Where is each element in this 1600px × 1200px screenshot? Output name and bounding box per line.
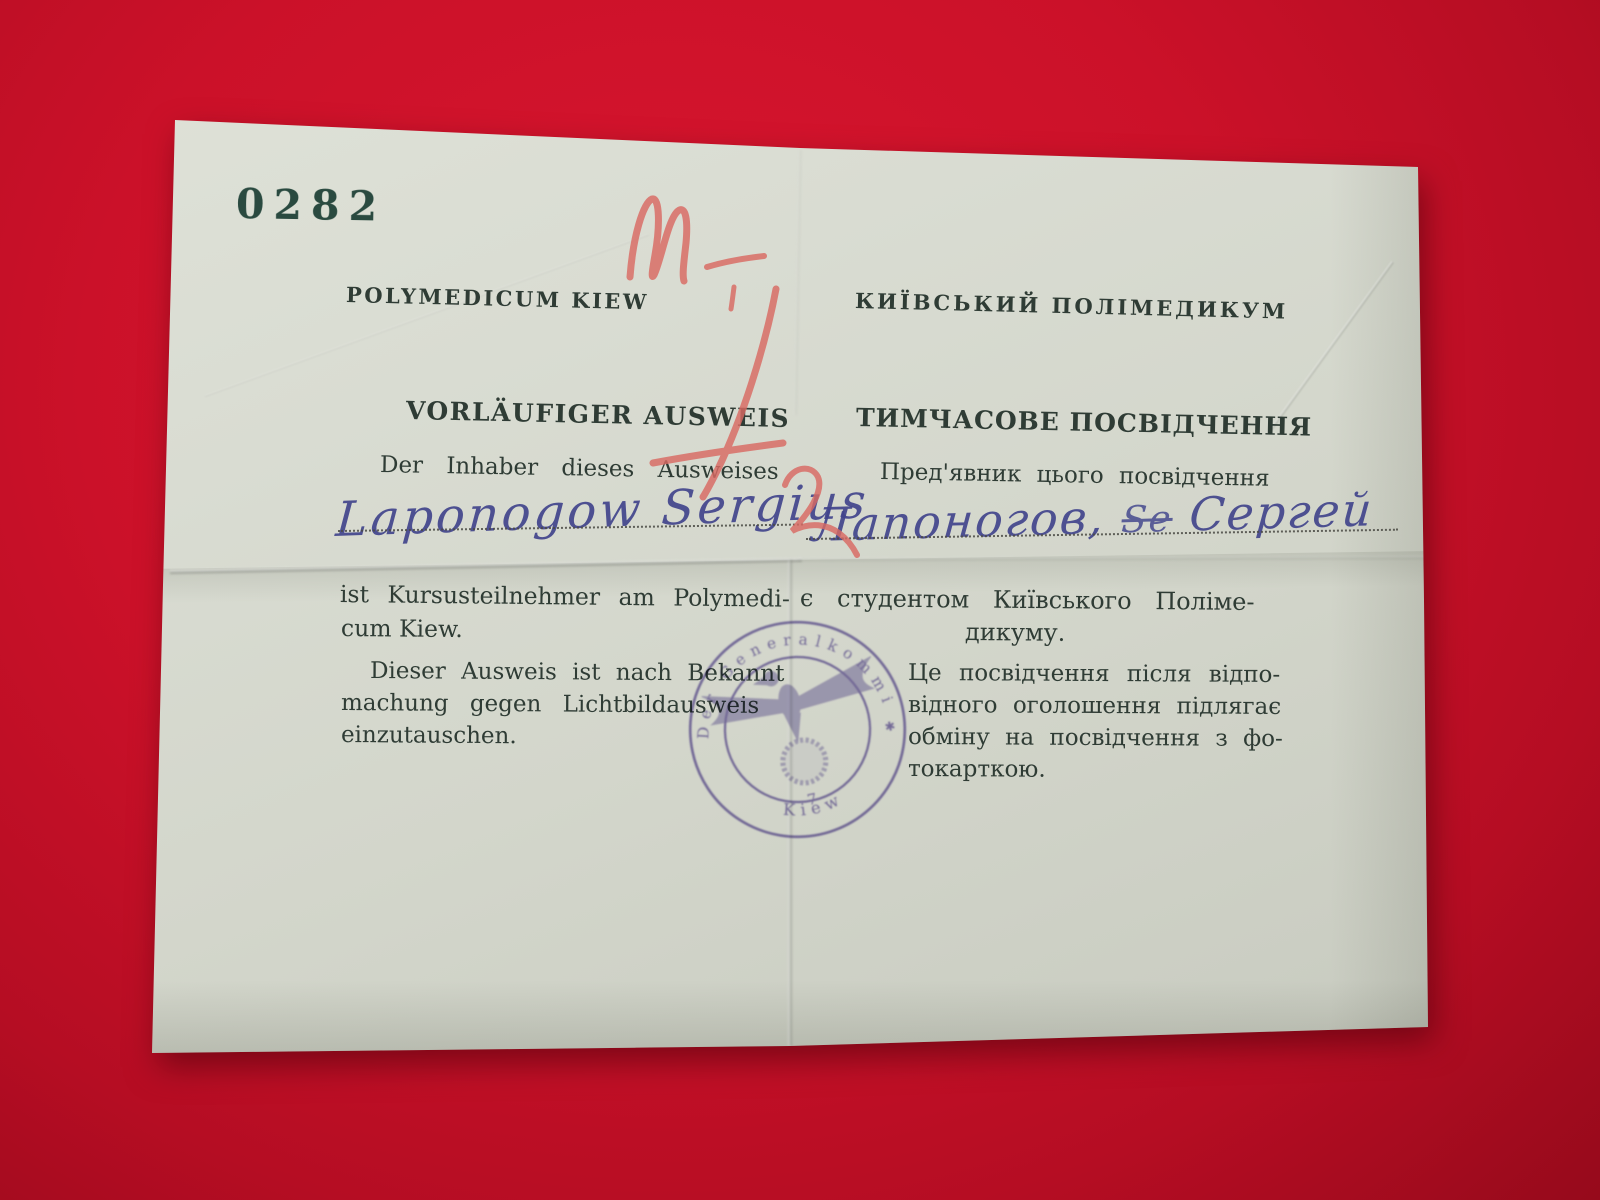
photo-background: 0282 POLYMEDICUM KIEW VORLÄUFIGER AUSWEI… [0, 0, 1600, 1200]
exchange-ukrainian-line2: відного оголошення підлягає [908, 692, 1281, 720]
red-pencil-mark [585, 175, 905, 595]
red-mark-two-stroke [785, 469, 857, 555]
red-mark-tick-stroke [731, 287, 734, 309]
exchange-ukrainian-line3: обміну на посвідчення з фо- [908, 724, 1283, 752]
crease-line-diagonal-left [205, 234, 649, 397]
crease-line-diagonal-right [1267, 261, 1394, 434]
wreath-icon [779, 736, 830, 787]
serial-number: 0282 [236, 180, 387, 231]
red-mark-dash-stroke [707, 256, 764, 267]
red-mark-bar-stroke [653, 443, 783, 463]
bottom-edge-shade [150, 980, 1430, 1055]
exchange-ukrainian-line4: токарткою. [908, 756, 1046, 783]
red-mark-slash-stroke [703, 289, 776, 497]
official-stamp: Der Generalkommissar Kiew ✱ 7 [658, 590, 937, 869]
red-mark-letter-stroke [630, 199, 687, 281]
stamp-star: ✱ [883, 719, 896, 735]
exchange-german-line3: einzutauschen. [341, 722, 517, 749]
exchange-ukrainian-line1: Це посвідчення після відпо- [908, 660, 1280, 688]
right-edge-shade [1330, 160, 1430, 1040]
membership-german-line2: cum Kiew. [341, 614, 463, 643]
membership-ukrainian-line2: дикуму. [965, 618, 1066, 647]
